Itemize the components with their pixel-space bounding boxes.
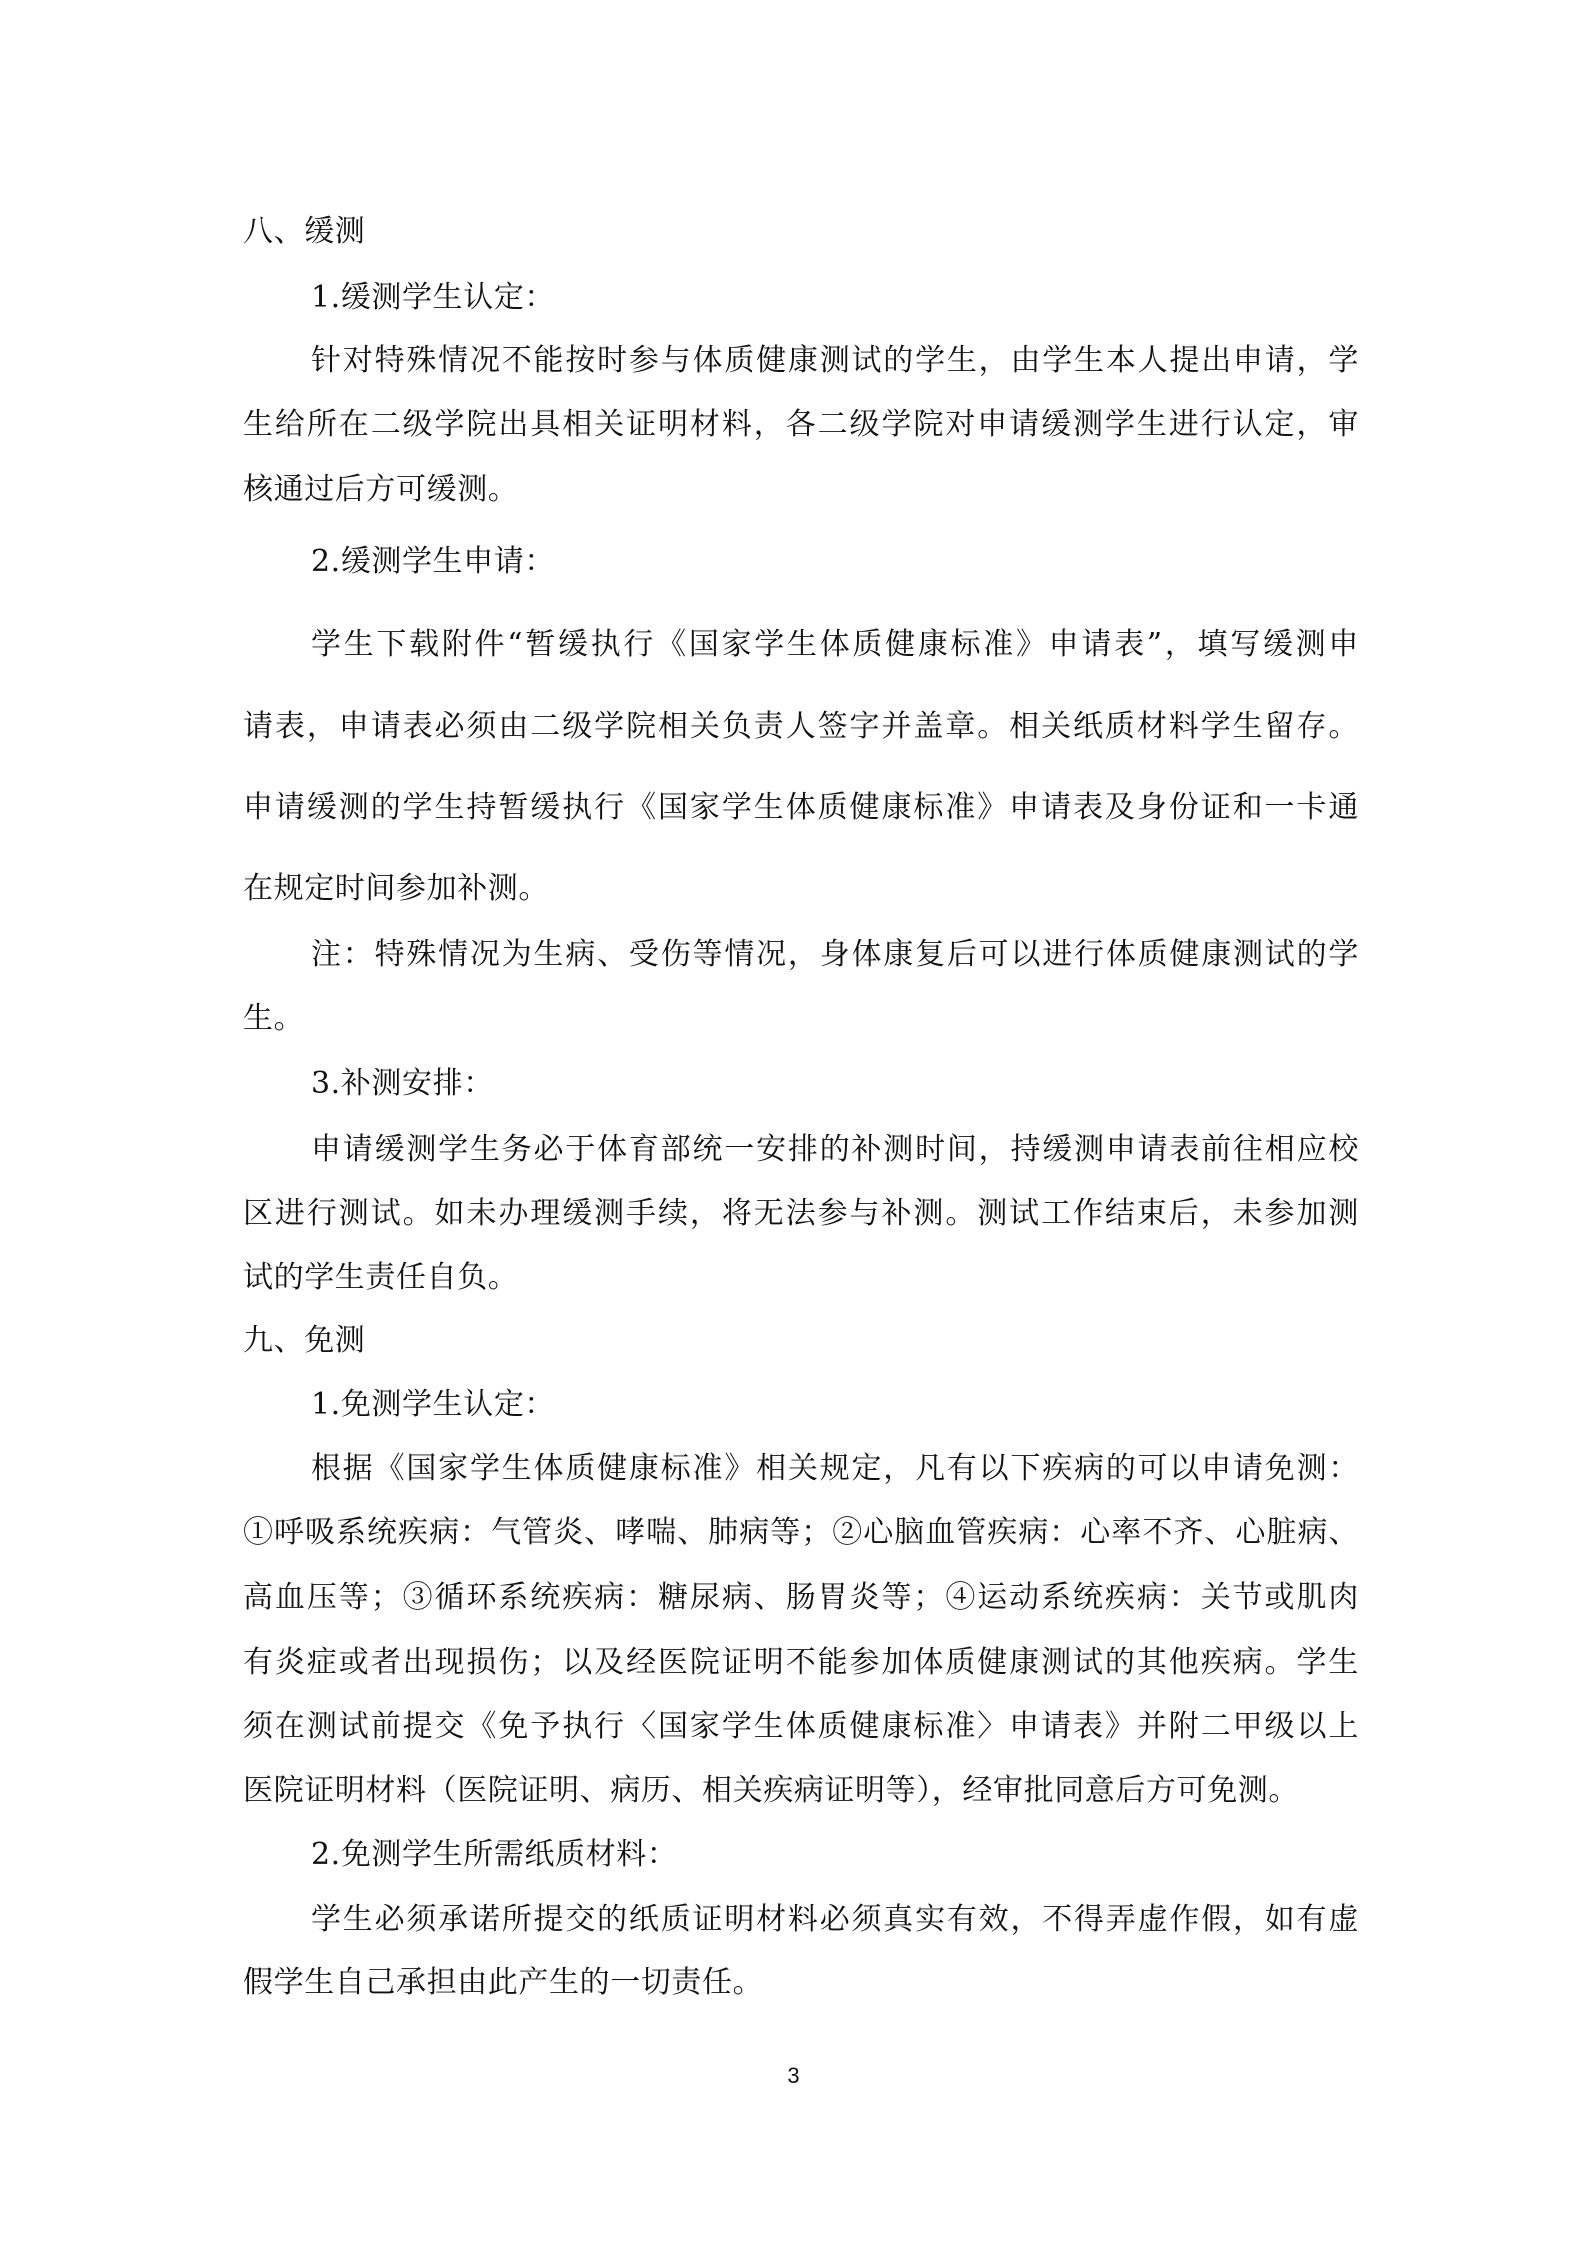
page-number: 3	[0, 2063, 1587, 2089]
paragraph-line: 根据《国家学生体质健康标准》相关规定，凡有以下疾病的可以申请免测：	[311, 1449, 1359, 1489]
section-heading-exemption: 九、免测	[243, 1321, 1359, 1361]
subsection-title: 1.免测学生认定：	[311, 1385, 1359, 1425]
paragraph-line: 生给所在二级学院出具相关证明材料，各二级学院对申请缓测学生进行认定，审	[243, 405, 1359, 445]
paragraph-line: 申请缓测学生务必于体育部统一安排的补测时间，持缓测申请表前往相应校	[311, 1130, 1359, 1170]
section-heading-deferral: 八、缓测	[243, 212, 1359, 252]
subsection-title: 2.缓测学生申请：	[311, 542, 1359, 582]
paragraph-line: 针对特殊情况不能按时参与体质健康测试的学生，由学生本人提出申请，学	[311, 341, 1359, 381]
paragraph-line: 医院证明材料（医院证明、病历、相关疾病证明等），经审批同意后方可免测。	[243, 1771, 1359, 1811]
note-line: 生。	[243, 999, 1359, 1039]
document-page: 八、缓测 1.缓测学生认定： 针对特殊情况不能按时参与体质健康测试的学生，由学生…	[0, 0, 1587, 2245]
subsection-title: 2.免测学生所需纸质材料：	[311, 1835, 1359, 1875]
subsection-title: 3.补测安排：	[311, 1064, 1359, 1104]
paragraph-line: 学生必须承诺所提交的纸质证明材料必须真实有效，不得弄虚作假，如有虚	[311, 1900, 1359, 1940]
paragraph-line: 核通过后方可缓测。	[243, 470, 1359, 510]
paragraph-line: 须在测试前提交《免予执行〈国家学生体质健康标准〉申请表》并附二甲级以上	[243, 1707, 1359, 1747]
paragraph-line: 高血压等；③循环系统疾病：糖尿病、肠胃炎等；④运动系统疾病：关节或肌肉	[243, 1578, 1359, 1618]
paragraph-line: 有炎症或者出现损伤；以及经医院证明不能参加体质健康测试的其他疾病。学生	[243, 1643, 1359, 1683]
paragraph-line: 在规定时间参加补测。	[243, 869, 1359, 909]
paragraph-line: 假学生自己承担由此产生的一切责任。	[243, 1963, 1359, 2003]
paragraph-line: 区进行测试。如未办理缓测手续，将无法参与补测。测试工作结束后，未参加测	[243, 1194, 1359, 1234]
paragraph-line: ①呼吸系统疾病：气管炎、哮喘、肺病等；②心脑血管疾病：心率不齐、心脏病、	[243, 1513, 1359, 1553]
paragraph-line: 学生下载附件“暂缓执行《国家学生体质健康标准》申请表”，填写缓测申	[311, 625, 1359, 665]
paragraph-line: 请表，申请表必须由二级学院相关负责人签字并盖章。相关纸质材料学生留存。	[243, 707, 1359, 747]
paragraph-line: 申请缓测的学生持暂缓执行《国家学生体质健康标准》申请表及身份证和一卡通	[243, 788, 1359, 828]
note-line: 注：特殊情况为生病、受伤等情况，身体康复后可以进行体质健康测试的学	[311, 935, 1359, 975]
subsection-title: 1.缓测学生认定：	[311, 278, 1359, 318]
paragraph-line: 试的学生责任自负。	[243, 1258, 1359, 1298]
